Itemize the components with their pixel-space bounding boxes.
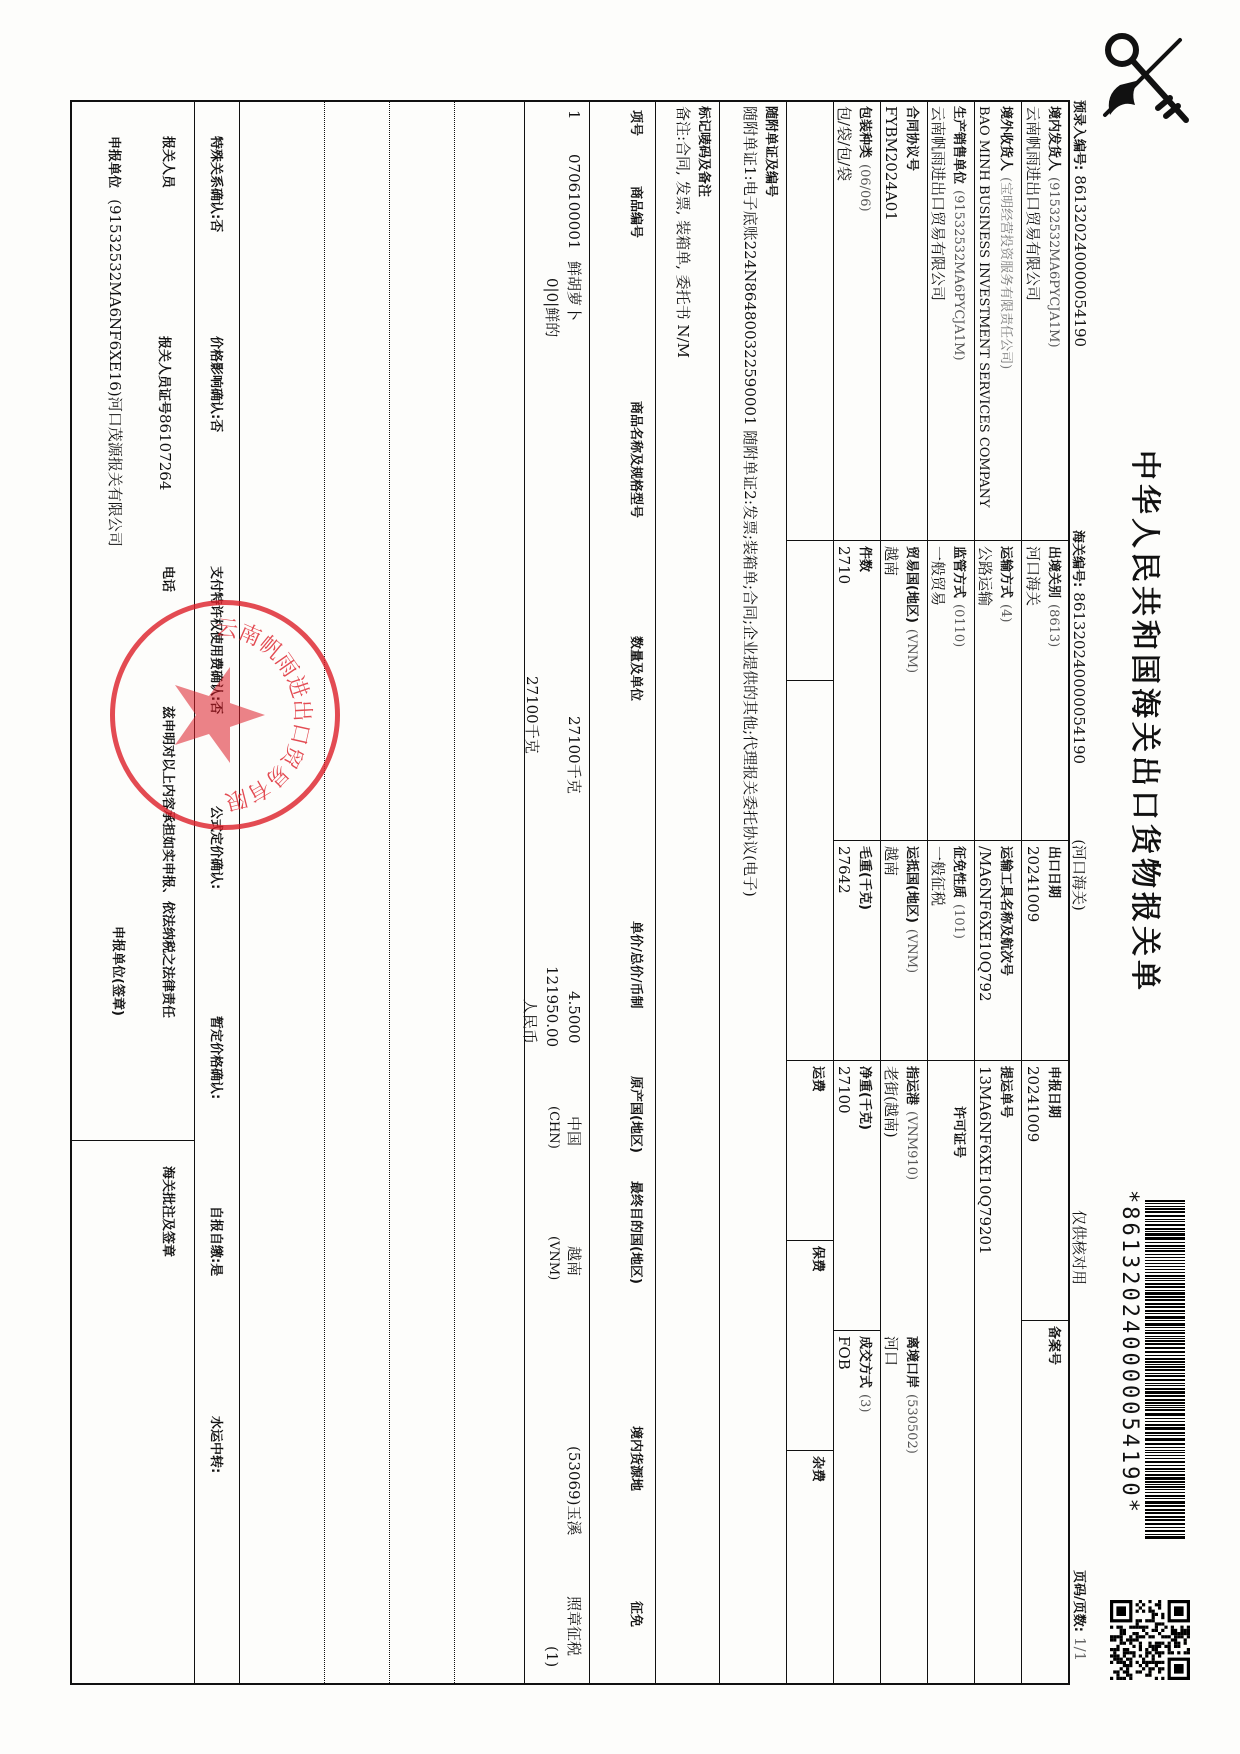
page-title: 中华人民共和国海关出口货物报关单 [1126, 450, 1170, 994]
barcode-text: *861320240000054190* [1117, 1190, 1142, 1515]
field-insurance: 保费 [787, 1240, 834, 1450]
confirm-price-influence: 价格影响确认:否 [202, 330, 228, 438]
pre-entry-label: 预录入编号: [1071, 100, 1086, 170]
page-value: 1/1 [1071, 1637, 1089, 1661]
field-export-date: 出口日期 20241009 [1022, 840, 1070, 1060]
field-contract-no: 合同协议号 FYBM2024A01 [881, 100, 928, 540]
goods-item-no: 1 [560, 104, 588, 126]
field-attached-docs-label-cell [787, 100, 834, 680]
customs-emblem-icon [1090, 20, 1200, 140]
goods-header-source: 境内货源地 [622, 1420, 648, 1497]
declarant-label: 报关人员 [154, 130, 180, 194]
pre-entry-number: 861320240000054190 [1071, 175, 1089, 347]
page-label: 页码/页数: [1071, 1570, 1086, 1632]
field-exit-port: 离境口岸(530502) 河口 [881, 1330, 928, 1685]
customs-number: 861320240000054190 [1070, 592, 1088, 764]
goods-spec: 0|0|鲜的 [538, 272, 566, 343]
field-transport-mode: 运输方式(4) 公路运输 [975, 540, 1022, 840]
field-supervision-mode: 监管方式(0110) 一般贸易 [928, 540, 975, 840]
field-freight: 运费 [787, 1060, 834, 1240]
qr-code-icon [1110, 1600, 1190, 1680]
confirm-special-relation: 特殊关系确认:否 [202, 130, 228, 238]
goods-destination-code: (VNM) [540, 1230, 566, 1286]
verify-only-note: 仅供核对用 [1069, 1210, 1090, 1285]
field-record-no: 备案号 [1022, 1320, 1070, 1685]
field-trade-country: 贸易国(地区)(VNM) 越南 [881, 540, 928, 840]
field-marks-remarks: 标记唛码及备注 备注:合同, 发票, 装箱单, 委托书 N/M [656, 100, 720, 1685]
goods-hs-code: 0706100001 [560, 148, 588, 255]
goods-currency: 人民币 [516, 993, 544, 1050]
goods-qty-1: 27100千克 [560, 710, 588, 800]
field-exit-customs: 出境关别(8613) 河口海关 [1022, 540, 1070, 840]
field-deal-mode: 成交方式(3) FOB [834, 1330, 881, 1685]
goods-header-item-no: 项号 [622, 104, 648, 142]
goods-source: (53069)玉溪 [560, 1440, 588, 1541]
field-misc-fee: 杂费 [787, 1450, 834, 1685]
phone-label: 电话 [154, 560, 180, 598]
customs-office: (河口海关) [1070, 839, 1088, 911]
confirm-self-report: 自报自缴:是 [202, 1200, 228, 1282]
field-package-type: 包装种类(06/06) 包/袋/包/袋 [834, 100, 881, 540]
declarant-id: 报关人员证号86107264 [150, 330, 180, 496]
goods-levy-code: (1) [538, 1640, 566, 1673]
goods-header-qty: 数量及单位 [622, 630, 648, 707]
goods-qty-2: 27100千克 [518, 670, 546, 760]
field-domestic-shipper: 境内发货人(91532532MA6PYCJA1M) 云南帆雨进出口贸易有限公司 [1022, 100, 1070, 540]
customs-approval: 海关批注及签章 [154, 1160, 180, 1263]
field-declare-date: 申报日期 20241009 [1022, 1060, 1070, 1320]
company-seal-stamp: 云南帆雨进出口贸易有限公司 [110, 600, 340, 830]
field-bill-no: 提运单号 13MA6NF6XE10Q79201 [975, 1060, 1022, 1685]
field-dest-port: 指运港(VNM910) 老街(越南) [881, 1060, 928, 1330]
goods-origin-code: (CHN) [540, 1100, 566, 1155]
field-dest-country: 运抵国(地区)(VNM) 越南 [881, 840, 928, 1060]
goods-header-hs-code: 商品编号 [622, 180, 648, 244]
goods-header-name: 商品名称及规格型号 [622, 395, 648, 524]
field-producer: 生产销售单位(91532532MA6PYCJA1M) 云南帆雨进出口贸易有限公司 [928, 100, 975, 540]
field-gross-weight: 毛重(千克) 27642 [834, 840, 881, 1060]
declaring-unit-sign: 申报单位(签章) [104, 920, 130, 1022]
confirm-provisional-pricing: 暂定价格确认: [202, 1010, 228, 1105]
customs-declaration-sheet: 预录入编号: 861320240000054190 中华人民共和国海关出口货物报… [0, 0, 1240, 1754]
goods-header-origin: 原产国(地区) [622, 1070, 648, 1159]
field-net-weight: 净重(千克) 27100 [834, 1060, 881, 1330]
barcode [1145, 1200, 1185, 1540]
confirm-water-transit: 水运中转: [202, 1410, 228, 1479]
field-attached-docs: 随附单证及编号 随附单证1:电子底账224N864800322590001 随附… [720, 100, 787, 1685]
goods-header-destination: 最终目的国(地区) [622, 1175, 648, 1290]
declaring-unit: 申报单位 (91532532MA6NF6XE16)河口茂源报关有限公司 [100, 130, 130, 553]
goods-header-price: 单价/总价/币制 [622, 915, 648, 1015]
field-pieces: 件数 2710 [834, 540, 881, 840]
field-transport-name: 运输工具名称及航次号 /MA6NF6XE10Q792 [975, 840, 1022, 1060]
field-levy-nature: 征免性质(101) 一般征税 [928, 840, 975, 1060]
field-license-no: 许可证号 [928, 1060, 975, 1685]
field-overseas-consignee: 境外收货人(宝明经营投资服务有限责任公司) BAO MINH BUSINESS … [975, 100, 1022, 540]
goods-header-levy: 征免 [622, 1595, 648, 1633]
customs-no-label: 海关编号: [1070, 530, 1085, 587]
